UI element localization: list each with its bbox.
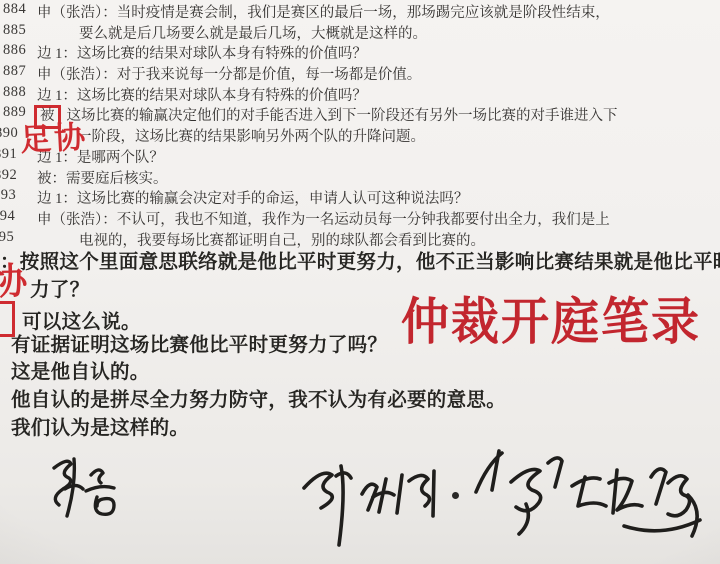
transcript-line: 890 一阶段，这场比赛的结果影响另外两个队的升降问题。: [0, 125, 720, 146]
line-text-body: 这场比赛的输赢决定他们的对手能否进入到下一阶段还有另外一场比赛的对手谁进入下: [67, 108, 618, 124]
signature-arbitrator-2: [466, 440, 574, 549]
transcript-line: 886 边 1：这场比赛的结果对球队本身有特殊的价值吗？: [0, 42, 720, 63]
transcript-line: 884 申（张浩）：当时疫情是赛会制，我们是赛区的最后一场，那场踢完应该就是阶段…: [0, 1, 720, 22]
line-number: 891: [0, 146, 37, 163]
transcript-line: 894 申（张浩）：不认可，我也不知道，我作为一名运动员每一分钟我都要付出全力，…: [0, 208, 720, 229]
line-number: 892: [0, 167, 37, 184]
continuation-line: 我们认为是这样的。: [0, 412, 720, 440]
line-number: 890: [0, 125, 37, 142]
printed-document: 884 申（张浩）：当时疫情是赛会制，我们是赛区的最后一场，那场踢完应该就是阶段…: [0, 0, 720, 564]
line-number: 886: [3, 42, 37, 59]
line-text: 一阶段，这场比赛的结果影响另外两个队的升降问题。: [37, 125, 425, 146]
clipped-colon: ：: [0, 310, 11, 331]
continuation-line-with-redbox: ：可以这么说。: [0, 301, 720, 329]
document-photo: 884 申（张浩）：当时疫情是赛会制，我们是赛区的最后一场，那场踢完应该就是阶段…: [0, 0, 720, 564]
line-number: 884: [3, 1, 37, 18]
line-number: 895: [0, 229, 37, 246]
transcript-line: 887 申（张浩）：对于我来说每一分都是价值，每一场都是价值。: [0, 63, 720, 84]
line-text: 边 1：是哪两个队？: [37, 146, 164, 167]
continuation-line: 他自认的是拼尽全力努力防守，我不认为有必要的意思。: [0, 384, 720, 412]
signature-zhang-hao: [38, 452, 126, 531]
numbered-transcript-section: 884 申（张浩）：当时疫情是赛会制，我们是赛区的最后一场，那场踢完应该就是阶段…: [0, 1, 720, 249]
transcript-line: 892 被：需要庭后核实。: [0, 167, 720, 188]
transcript-line: 885 要么就是后几场要么就是最后几场，大概就是这样的。: [0, 22, 720, 43]
signature-arbitrator-1: [296, 450, 448, 557]
line-text: 申（张浩）：不认可，我也不知道，我作为一名运动员每一分钟我都要付出全力，我们是上: [37, 208, 610, 229]
transcript-line-889: 889 被这场比赛的输赢决定他们的对手能否进入到下一阶段还有另外一场比赛的对手谁…: [0, 104, 720, 125]
line-number: 894: [0, 208, 37, 225]
transcript-line: 888 边 1：这场比赛的结果对球队本身有特殊的价值吗？: [0, 84, 720, 105]
line-text: 申（张浩）：当时疫情是赛会制，我们是赛区的最后一场，那场踢完应该就是阶段性结束，: [37, 1, 610, 22]
line-text: 要么就是后几场要么就是最后几场，大概就是这样的。: [37, 22, 427, 43]
line-number: 888: [3, 84, 37, 101]
line-number: 885: [3, 22, 37, 39]
line-text: 边 1：这场比赛的结果对球队本身有特殊的价值吗？: [37, 42, 367, 63]
line-text: 边 1：这场比赛的结果对球队本身有特殊的价值吗？: [37, 84, 367, 105]
line-number: 887: [3, 63, 37, 80]
transcript-line: 893 边 1：这场比赛的输赢会决定对手的命运，申请人认可这种说法吗？: [0, 187, 720, 208]
enlarged-transcript-section: ：按照这个里面意思联络就是他比平时更努力，他不正当影响比赛结果就是他比平时更 力…: [0, 246, 720, 439]
line-text: 被：需要庭后核实。: [37, 167, 168, 188]
continuation-line: 有证据证明这场比赛他比平时更努力了吗？: [0, 329, 720, 357]
continuation-line: 这是他自认的。: [0, 356, 720, 384]
line-text: 申（张浩）：对于我来说每一分都是价值，每一场都是价值。: [37, 63, 421, 84]
line-text: 被这场比赛的输赢决定他们的对手能否进入到下一阶段还有另外一场比赛的对手谁进入下: [37, 104, 618, 126]
line-text: 边 1：这场比赛的输赢会决定对手的命运，申请人认可这种说法吗？: [37, 187, 468, 208]
transcript-line: 891 边 1：是哪两个队？: [0, 146, 720, 167]
signature-separator-dot: [452, 492, 459, 499]
continuation-line: ：按照这个里面意思联络就是他比平时更努力，他不正当影响比赛结果就是他比平时更: [0, 246, 720, 274]
signature-arbitrator-3: [562, 450, 712, 564]
line-number: 893: [0, 187, 37, 204]
line-number: 889: [3, 104, 37, 121]
continuation-line: 力了？: [0, 274, 720, 302]
